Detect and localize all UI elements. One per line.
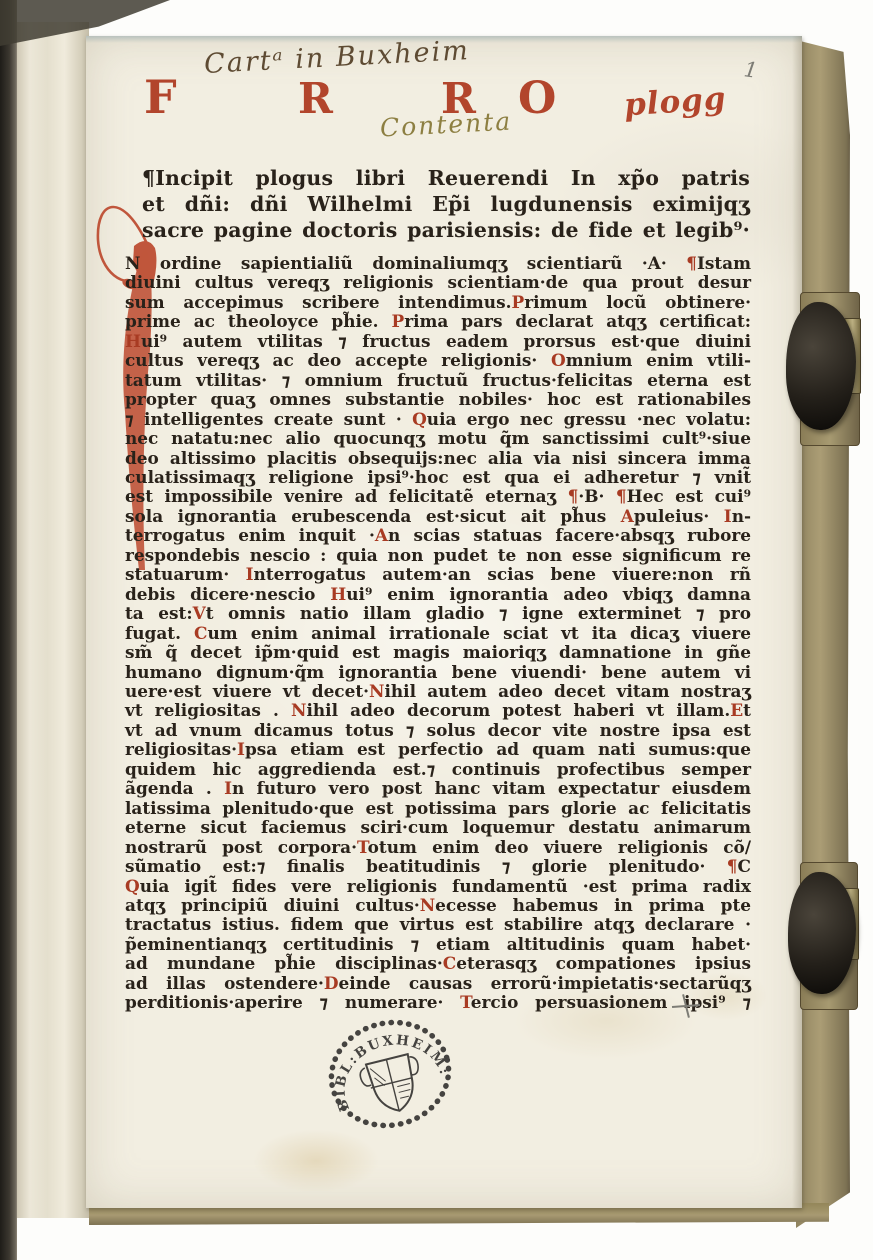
- red-letter: O: [518, 77, 556, 121]
- text-line: fugat. Cum enim animal irrationale sciat…: [125, 624, 751, 643]
- text-line: cultus vereqʒ ac deo accepte religionis·…: [125, 351, 751, 370]
- text-line: religiositas·Ipsa etiam est perfectio ad…: [125, 740, 751, 759]
- text-line: nec natatu:nec alio quocunqʒ motu q̃m sa…: [125, 429, 751, 448]
- red-script-note: plogg: [623, 80, 728, 123]
- text-line: Hui⁹ autem vtilitas ⁊ fructus eadem pror…: [125, 332, 751, 351]
- incipit-line: sacre pagine doctoris parisiensis: de fi…: [142, 217, 750, 243]
- text-line: nostrarũ post corpora·Totum enim deo viu…: [125, 838, 751, 857]
- text-line: quidem hic aggredienda est.⁊ continuis p…: [125, 760, 751, 779]
- text-line: debis dicere·nescio Hui⁹ enim ignorantia…: [125, 585, 751, 604]
- binding-board: [796, 40, 850, 1228]
- text-line: culatissimaqʒ religione ipsi⁹·hoc est qu…: [125, 468, 751, 487]
- text-line: respondebis nescio : quia non pudet te n…: [125, 546, 751, 565]
- text-line: diuini cultus vereqʒ religionis scientia…: [125, 273, 751, 292]
- pencil-cross: [670, 992, 701, 1020]
- red-letter: F: [144, 74, 177, 120]
- text-line: Quia igit̃ fides vere religionis fundame…: [125, 877, 751, 896]
- text-line: terrogatus enim inquit ·An scias statuas…: [125, 526, 751, 545]
- clasp-knob: [788, 872, 856, 994]
- text-line: ad mundane ph̃ie disciplinas·Ceterasqʒ c…: [125, 954, 751, 973]
- book-photo: Cartᵃ in Buxheim 1 FRRO plogg Contenta ¶…: [0, 0, 873, 1260]
- text-line: eterne sicut faciemus sciri·cum loquemur…: [125, 818, 751, 837]
- text-line: p̃eminentianqʒ certitudinis ⁊ etiam alti…: [125, 935, 751, 954]
- text-line: vt ad vnum dicamus totus ⁊ solus decor v…: [125, 721, 751, 740]
- text-line: ⁊ intelligentes create sunt · Quia ergo …: [125, 410, 751, 429]
- contenta-inscription: Contenta: [379, 107, 513, 143]
- text-line: uere·est viuere vt decet·Nihil autem ade…: [125, 682, 751, 701]
- text-line: sola ignorantia erubescenda est·sicut ai…: [125, 507, 751, 526]
- text-line: sum accepimus scribere intendimus.Primum…: [125, 293, 751, 312]
- text-line: prime ac theoloyce ph̃ie. Prima pars dec…: [125, 312, 751, 331]
- text-line: sm̃ q̃ decet ip̃m·quid est magis maioriq…: [125, 643, 751, 662]
- text-line: tractatus istius. fidem que virtus est s…: [125, 915, 751, 934]
- text-line: sũmatio est:⁊ finalis beatitudinis ⁊ glo…: [125, 857, 751, 876]
- text-line: ad illas ostendere·Deinde causas errorũ·…: [125, 974, 751, 993]
- text-line: atqʒ principiũ diuini cultus·Necesse hab…: [125, 896, 751, 915]
- red-letter: R: [298, 78, 333, 120]
- page-right-edge-shadow: [792, 36, 802, 1208]
- text-line: humano dignum·q̃m ignorantia bene viuend…: [125, 663, 751, 682]
- incipit-line: et dñi: dñi Wilhelmi Ep̃i lugdunensis ex…: [142, 191, 750, 217]
- text-line: tatum vtilitas· ⁊ omnium fructuũ fructus…: [125, 371, 751, 390]
- text-line: statuarum· Interrogatus autem·an scias b…: [125, 565, 751, 584]
- text-line: ãgenda . In futuro vero post hanc vitam …: [125, 779, 751, 798]
- library-stamp: BIBL:BUXHEIM:: [322, 1014, 458, 1134]
- text-line: propter quaʒ omnes substantie nobiles· h…: [125, 390, 751, 409]
- text-line: ta est:Vt omnis natio illam gladio ⁊ ign…: [125, 604, 751, 623]
- text-line: latissima plenitudo·que est potissima pa…: [125, 799, 751, 818]
- clasp-knob: [786, 302, 856, 430]
- incipit-line: ¶Incipit plogus libri Reuerendi In xp̃o …: [142, 165, 750, 191]
- book-spine: [0, 0, 17, 1260]
- text-line: vt religiositas . Nihil adeo decorum pot…: [125, 701, 751, 720]
- incipit-block: ¶Incipit plogus libri Reuerendi In xp̃o …: [142, 165, 750, 243]
- book-page: Cartᵃ in Buxheim 1 FRRO plogg Contenta ¶…: [86, 36, 802, 1208]
- text-line: N ordine sapientialiũ dominaliumqʒ scien…: [125, 254, 751, 273]
- text-line: deo altissimo placitis obsequijs:nec ali…: [125, 449, 751, 468]
- page-gutter: [17, 22, 89, 1218]
- main-text-block: N ordine sapientialiũ dominaliumqʒ scien…: [125, 254, 751, 1013]
- text-line: perditionis·aperire ⁊ numerare· Tercio p…: [125, 993, 751, 1012]
- text-line: est impossibile venire ad felicitatẽ ete…: [125, 487, 751, 506]
